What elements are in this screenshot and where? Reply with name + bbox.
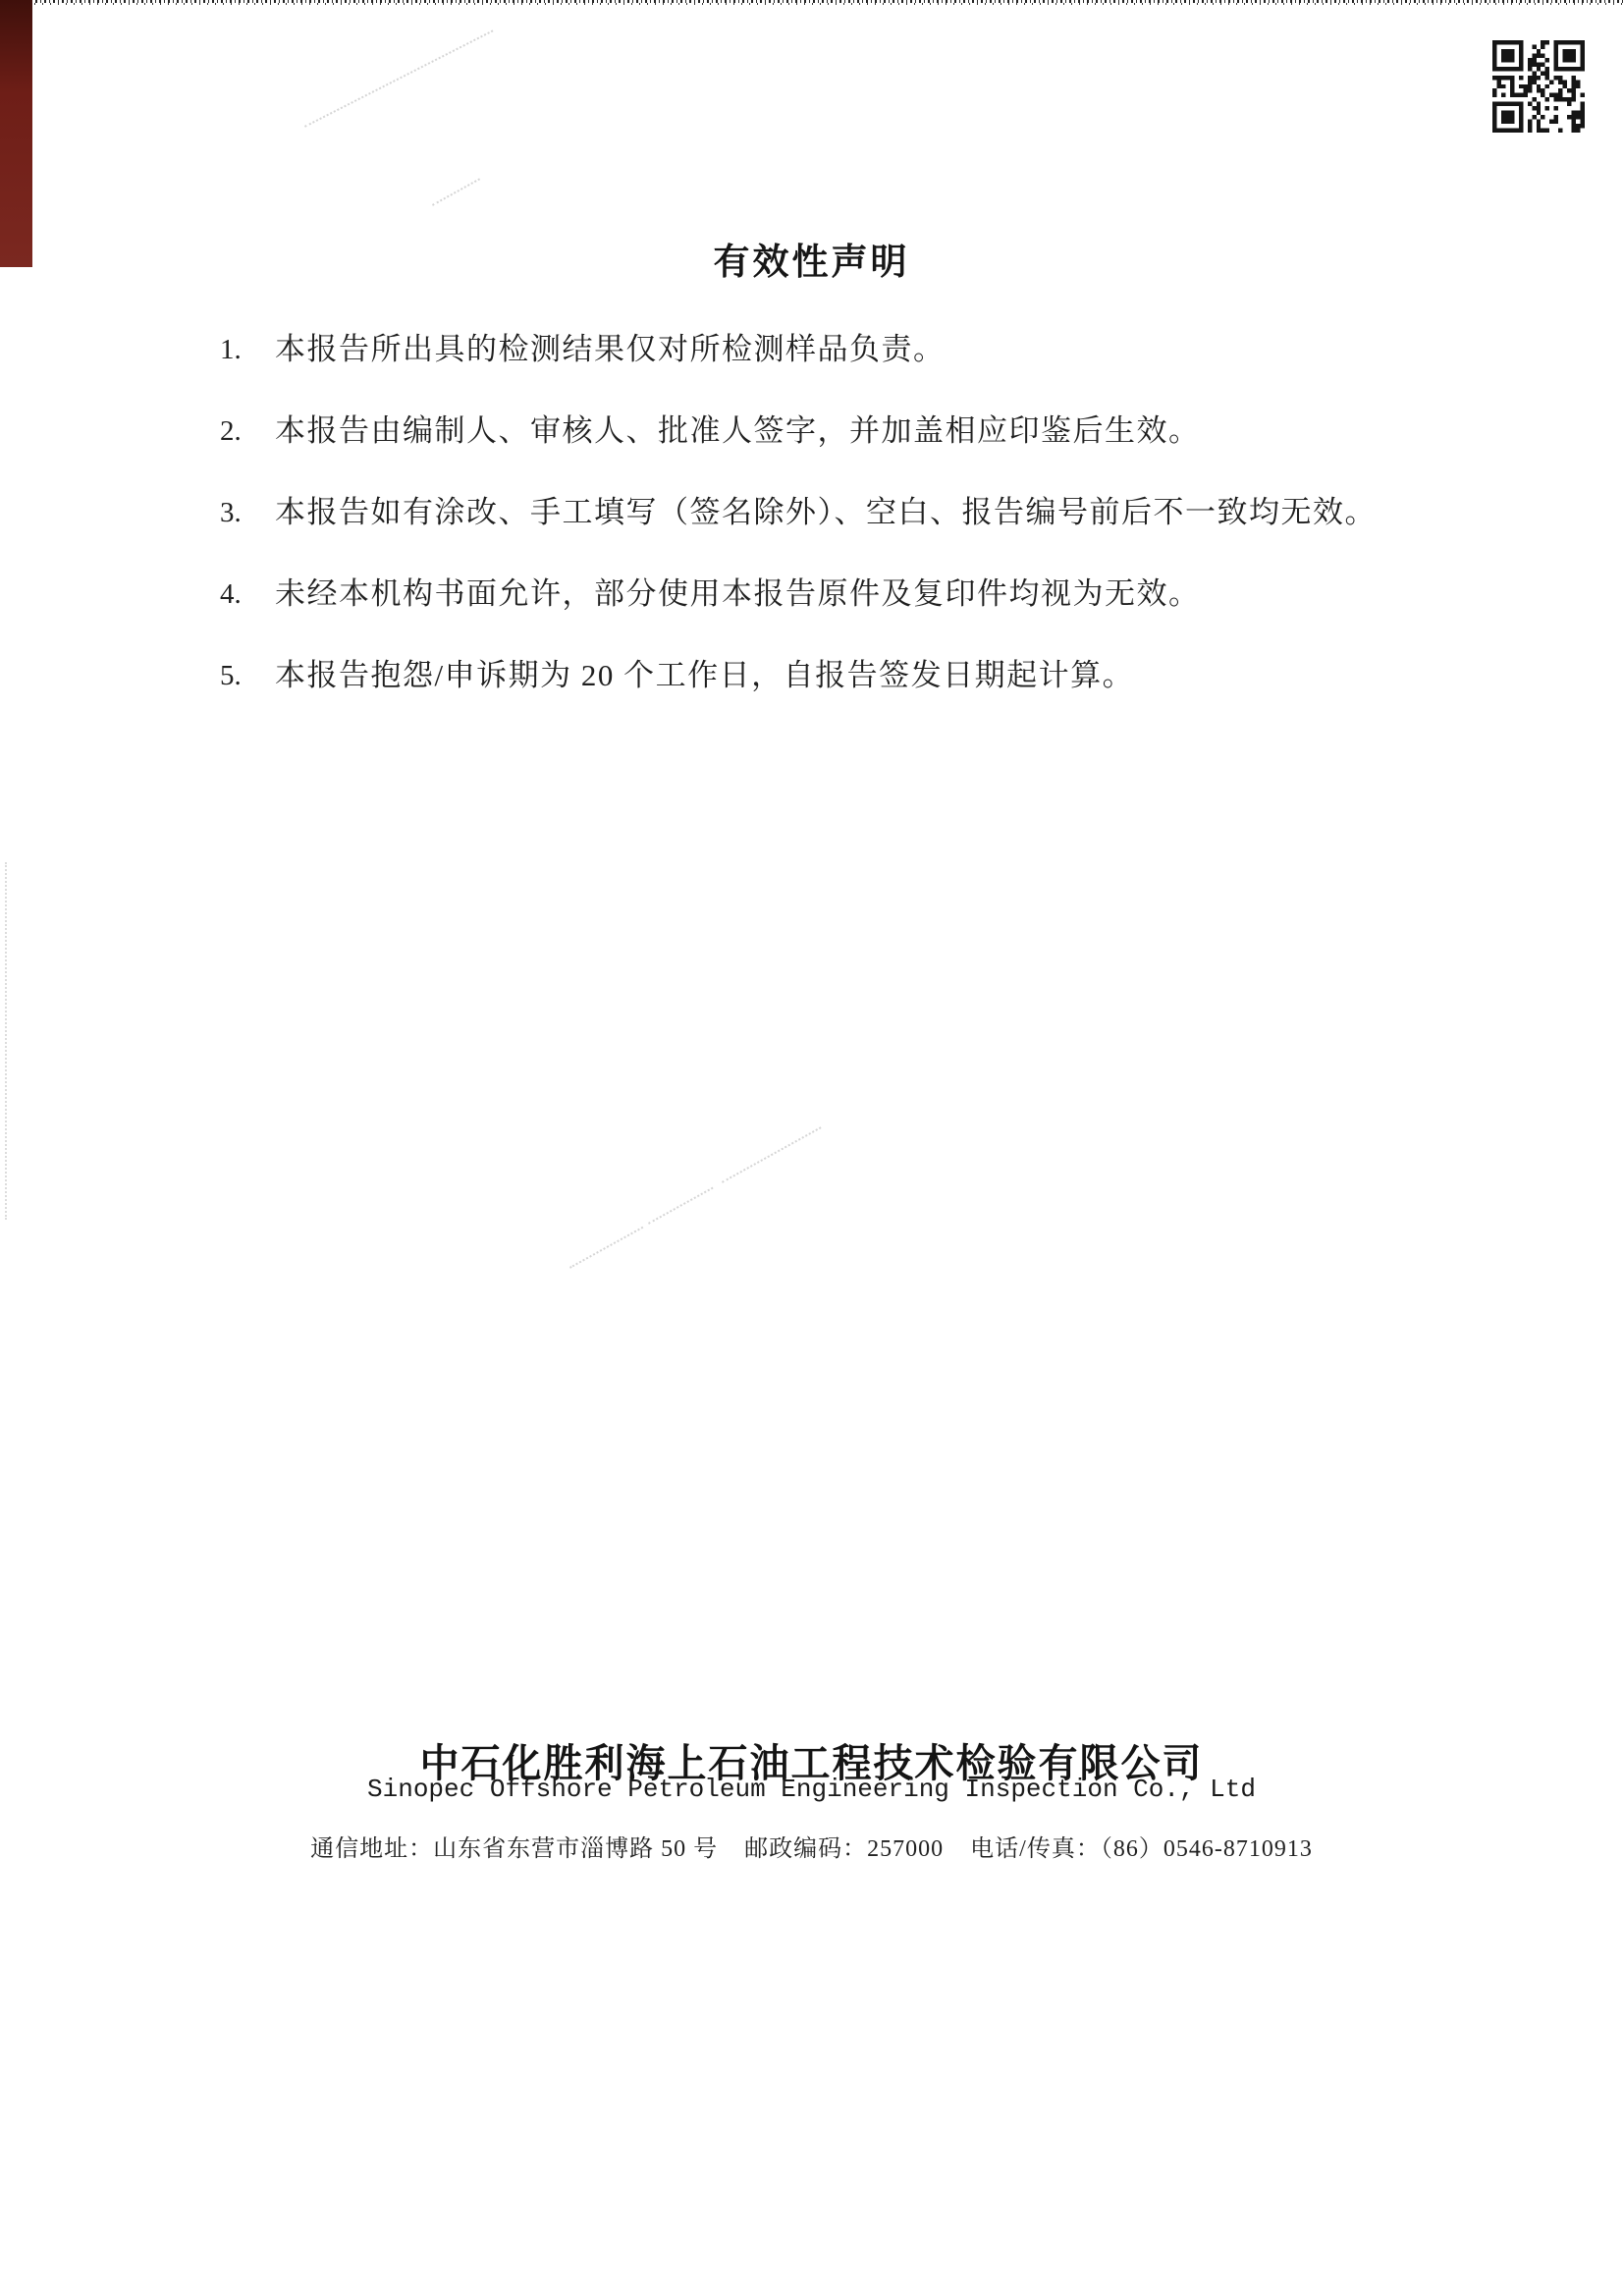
document-page: 有效性声明 1.本报告所出具的检测结果仅对所检测样品负责。2.本报告由编制人、审… (0, 0, 1623, 2296)
company-name-en: Sinopec Offshore Petroleum Engineering I… (0, 1775, 1623, 1804)
statement-text: 本报告抱怨/申诉期为 20 个工作日，自报告签发日期起计算。 (275, 659, 1134, 692)
statement-item-4: 4.未经本机构书面允许，部分使用本报告原件及复印件均视为无效。 (220, 577, 1487, 611)
scan-dotted-line-artifact (5, 862, 7, 1220)
statement-item-1: 1.本报告所出具的检测结果仅对所检测样品负责。 (220, 333, 1487, 366)
contact-line: 通信地址：山东省东营市淄博路 50 号 邮政编码：257000 电话/传真：（8… (0, 1829, 1623, 1863)
watermark-artifact (304, 29, 493, 127)
statement-number: 4. (220, 577, 275, 611)
watermark-artifact (648, 1187, 714, 1225)
statement-number: 2. (220, 414, 275, 448)
statement-text: 本报告如有涂改、手工填写（签名除外）、空白、报告编号前后不一致均无效。 (275, 496, 1377, 529)
watermark-artifact (722, 1126, 822, 1183)
scan-edge-top-artifact (0, 0, 1623, 6)
statement-list: 1.本报告所出具的检测结果仅对所检测样品负责。2.本报告由编制人、审核人、批准人… (220, 333, 1487, 740)
contact-address: 通信地址：山东省东营市淄博路 50 号 (310, 1829, 718, 1863)
statement-number: 3. (220, 496, 275, 529)
statement-text: 本报告由编制人、审核人、批准人签字，并加盖相应印鉴后生效。 (275, 414, 1201, 448)
statement-text: 本报告所出具的检测结果仅对所检测样品负责。 (275, 333, 946, 366)
qr-code (1492, 40, 1585, 133)
contact-phone: 电话/传真：（86）0546-8710913 (970, 1829, 1313, 1863)
watermark-artifact (432, 178, 480, 205)
page-title: 有效性声明 (0, 232, 1623, 285)
scan-edge-left-artifact (0, 0, 32, 267)
statement-number: 1. (220, 333, 275, 366)
watermark-artifact (569, 1227, 643, 1269)
statement-item-3: 3.本报告如有涂改、手工填写（签名除外）、空白、报告编号前后不一致均无效。 (220, 496, 1487, 529)
statement-item-2: 2.本报告由编制人、审核人、批准人签字，并加盖相应印鉴后生效。 (220, 414, 1487, 448)
statement-number: 5. (220, 659, 275, 692)
contact-postcode: 邮政编码：257000 (744, 1829, 944, 1863)
statement-text: 未经本机构书面允许，部分使用本报告原件及复印件均视为无效。 (275, 577, 1201, 611)
statement-item-5: 5.本报告抱怨/申诉期为 20 个工作日，自报告签发日期起计算。 (220, 659, 1487, 692)
